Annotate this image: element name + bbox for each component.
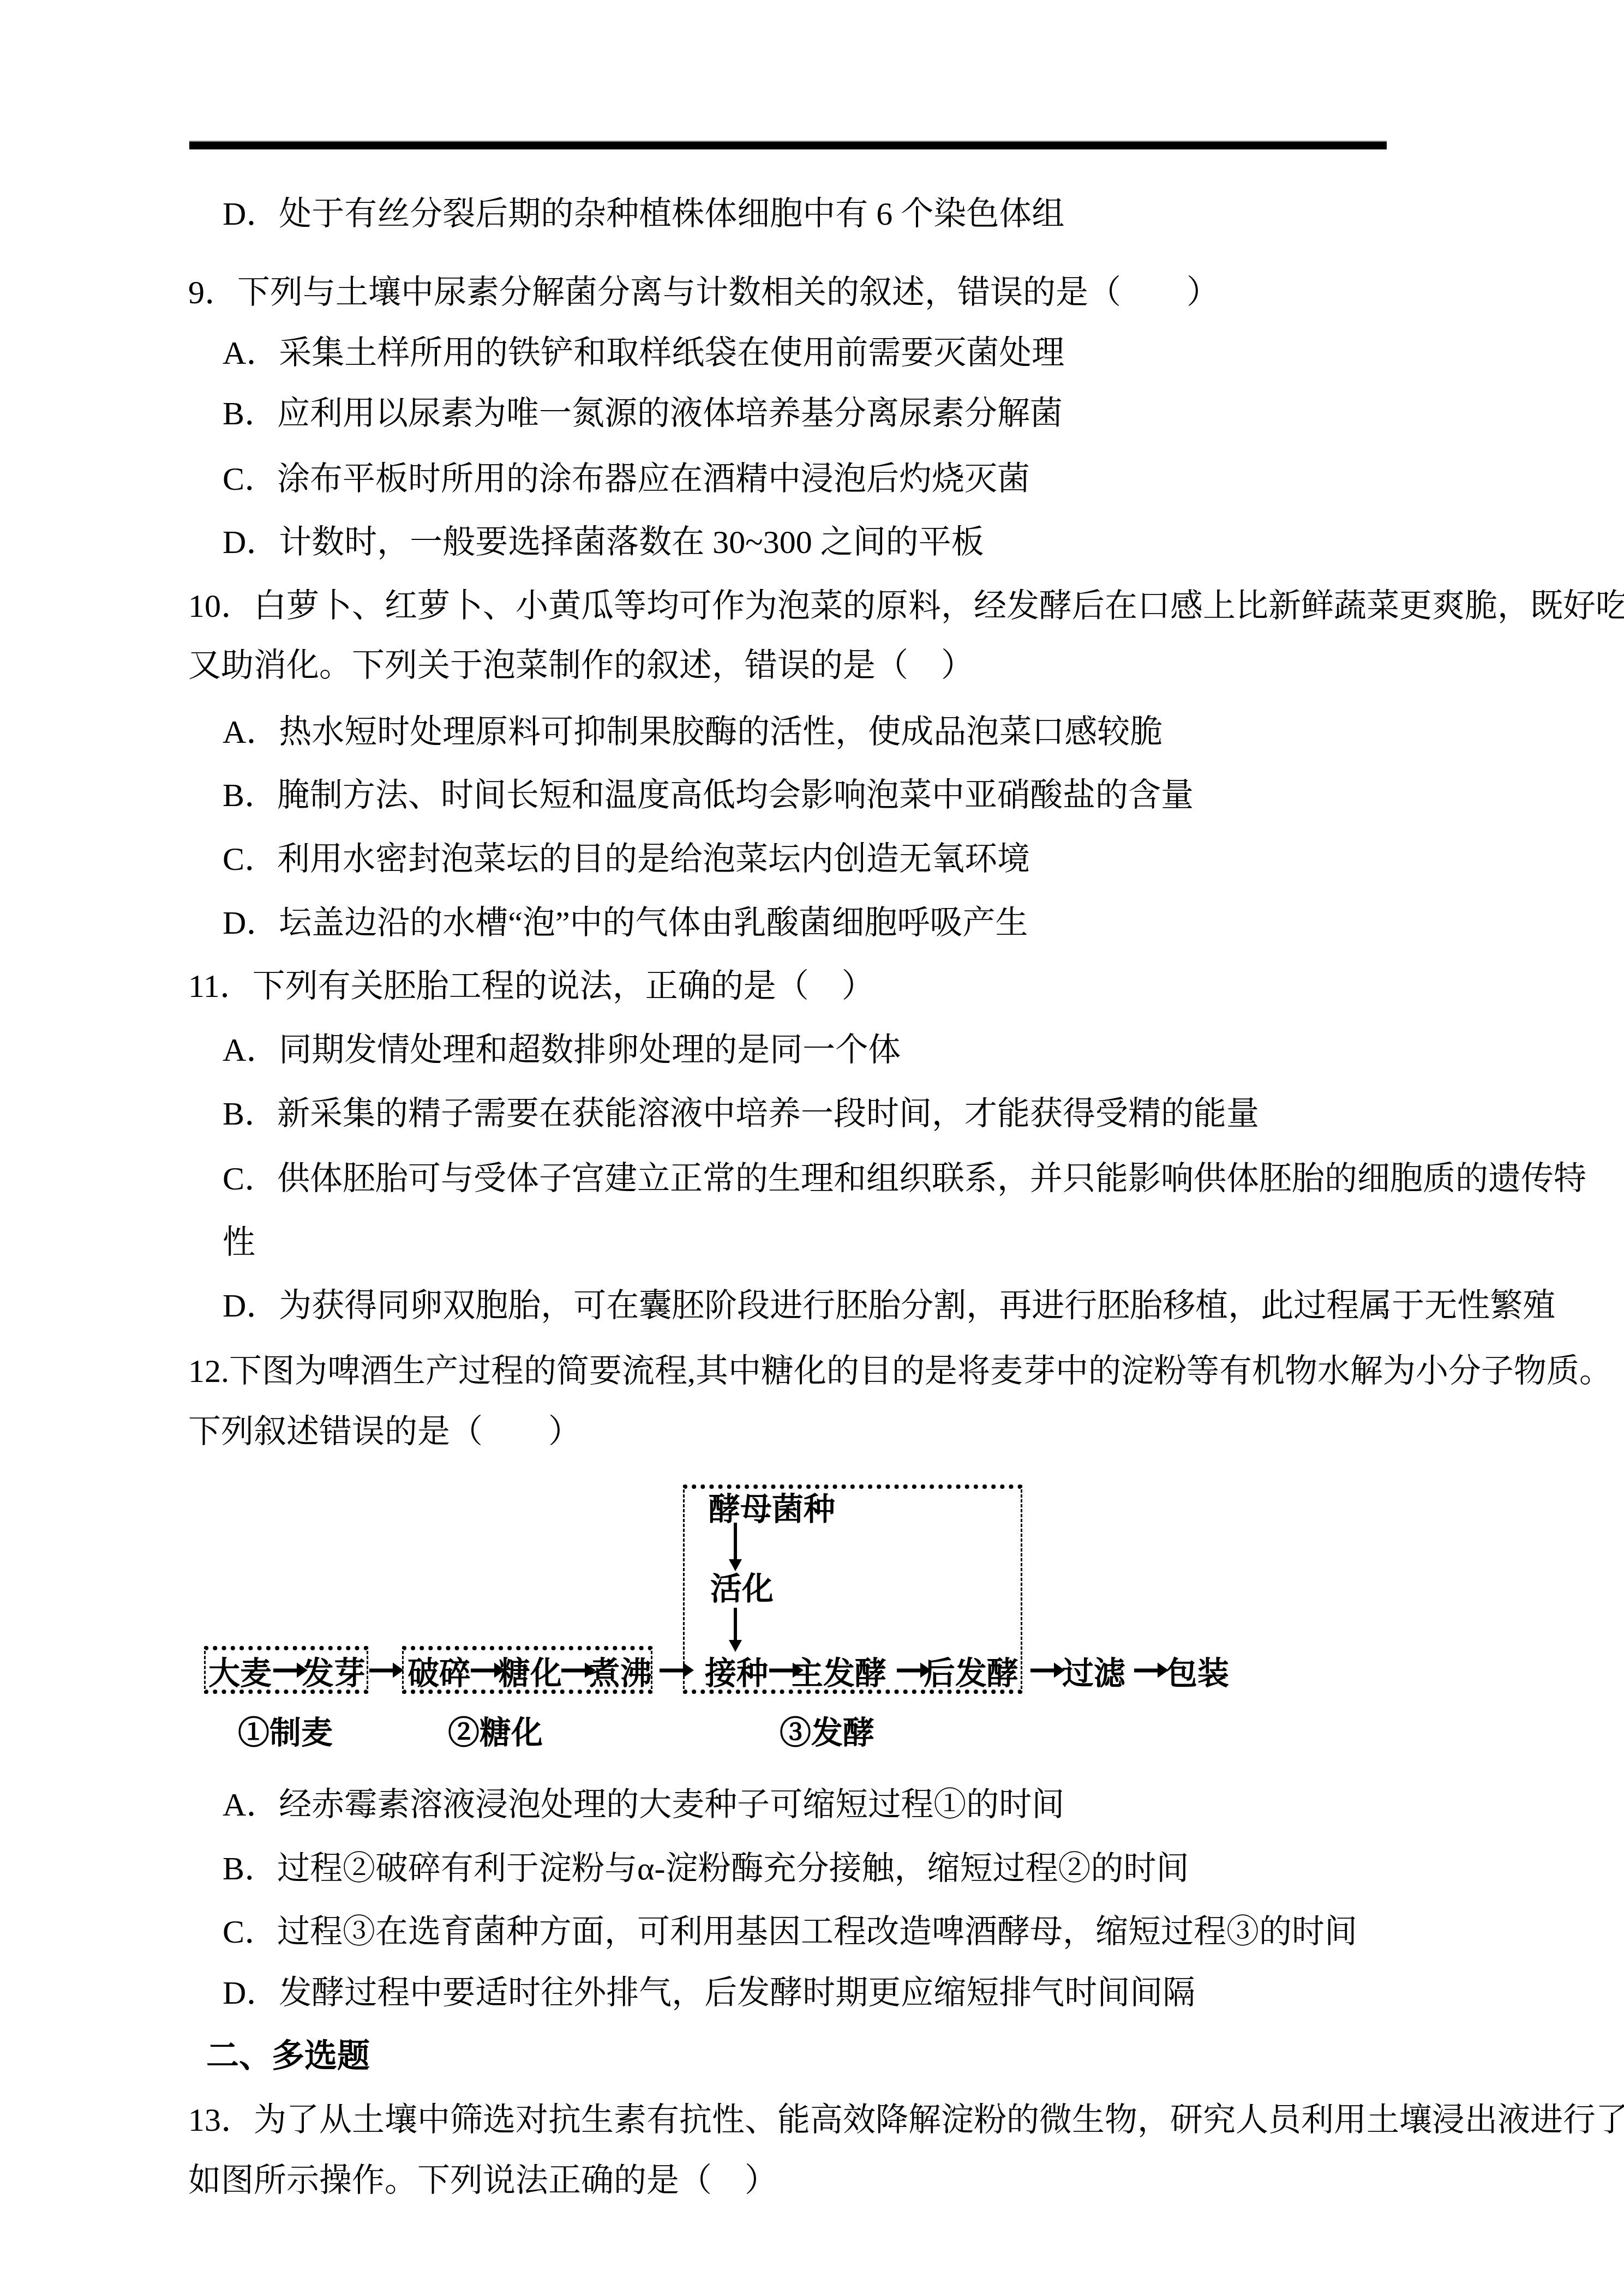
- flow-node-main-fermentation: 主发酵: [792, 1648, 886, 1693]
- section-2-header: 二、多选题: [206, 2037, 370, 2075]
- flow-node-germination: 发芽: [302, 1648, 365, 1693]
- arrow-down-icon: [734, 1608, 737, 1642]
- q9-option-d: D．计数时，一般要选择菌落数在 30~300 之间的平板: [223, 524, 984, 561]
- arrow-right-icon: [561, 1669, 586, 1673]
- q11-option-c-cont: 性: [223, 1224, 255, 1261]
- group-label-fermentation: ③发酵: [780, 1707, 874, 1753]
- q13-stem-line2: 如图所示操作。下列说法正确的是（ ）: [188, 2162, 777, 2199]
- q11-option-c: C．供体胚胎可与受体子宫建立正常的生理和组织联系，并只能影响供体胚胎的细胞质的遗…: [223, 1160, 1586, 1198]
- q10-stem-line2: 又助消化。下列关于泡菜制作的叙述，错误的是（ ）: [188, 647, 974, 684]
- arrow-right-icon: [369, 1669, 394, 1673]
- q12-stem-line2: 下列叙述错误的是（ ）: [188, 1413, 581, 1451]
- q12-option-b: B．过程②破碎有利于淀粉与α-淀粉酶充分接触，缩短过程②的时间: [223, 1850, 1189, 1888]
- header-divider-rule: [189, 141, 1387, 149]
- q10-stem-line1: 10．白萝卜、红萝卜、小黄瓜等均可作为泡菜的原料，经发酵后在口感上比新鲜蔬菜更爽…: [188, 587, 1624, 625]
- q10-option-b: B．腌制方法、时间长短和温度高低均会影响泡菜中亚硝酸盐的含量: [223, 777, 1194, 814]
- q10-option-c: C．利用水密封泡菜坛的目的是给泡菜坛内创造无氧环境: [223, 840, 1030, 878]
- flow-node-boiling: 煮沸: [589, 1648, 652, 1693]
- flow-node-inoculation: 接种: [705, 1648, 768, 1693]
- yeast-strain-node: 酵母菌种: [709, 1483, 835, 1529]
- flow-node-post-fermentation: 后发酵: [924, 1648, 1018, 1693]
- q12-option-d: D．发酵过程中要适时往外排气，后发酵时期更应缩短排气时间间隔: [223, 1974, 1195, 2012]
- q10-option-a: A．热水短时处理原料可抑制果胶酶的活性，使成品泡菜口感较脆: [223, 713, 1162, 751]
- arrow-down-icon: [734, 1523, 737, 1561]
- flow-node-packaging: 包装: [1166, 1648, 1229, 1693]
- q11-option-d: D．为获得同卵双胞胎，可在囊胚阶段进行胚胎分割，再进行胚胎移植，此过程属于无性繁…: [223, 1287, 1555, 1325]
- q10-option-d: D．坛盖边沿的水槽“泡”中的气体由乳酸菌细胞呼吸产生: [223, 904, 1028, 942]
- exam-page: D．处于有丝分裂后期的杂种植株体细胞中有 6 个染色体组 9．下列与土壤中尿素分…: [0, 0, 1624, 2296]
- q11-option-a: A．同期发情处理和超数排卵处理的是同一个体: [223, 1031, 901, 1069]
- flow-node-filtration: 过滤: [1062, 1648, 1125, 1693]
- flow-node-crushing: 破碎: [408, 1648, 471, 1693]
- q12-option-a: A．经赤霉素溶液浸泡处理的大麦种子可缩短过程①的时间: [223, 1786, 1064, 1824]
- q11-option-b: B．新采集的精子需要在获能溶液中培养一段时间，才能获得受精的能量: [223, 1095, 1259, 1133]
- q13-stem-line1: 13．为了从土壤中筛选对抗生素有抗性、能高效降解淀粉的微生物，研究人员利用土壤浸…: [188, 2101, 1624, 2139]
- arrow-right-icon: [273, 1669, 298, 1673]
- q9-option-a: A．采集土样所用的铁铲和取样纸袋在使用前需要灭菌处理: [223, 334, 1064, 372]
- beer-production-flowchart: 酵母菌种 活化 大麦 发芽 破碎 糖化 煮沸 接种 主发酵 后发酵 过滤 包装 …: [202, 1472, 1249, 1767]
- arrow-right-icon: [769, 1669, 794, 1673]
- arrow-right-icon: [471, 1669, 496, 1673]
- arrow-right-icon: [1134, 1669, 1159, 1673]
- arrow-right-icon: [897, 1669, 922, 1673]
- arrow-right-icon: [1030, 1669, 1056, 1673]
- group-label-saccharification: ②糖化: [448, 1707, 543, 1753]
- q9-option-b: B．应利用以尿素为唯一氮源的液体培养基分离尿素分解菌: [223, 395, 1063, 432]
- q9-stem: 9．下列与土壤中尿素分解菌分离与计数相关的叙述，错误的是（ ）: [188, 274, 1219, 311]
- q12-stem-line1: 12.下图为啤酒生产过程的简要流程,其中糖化的目的是将麦芽中的淀粉等有机物水解为…: [188, 1353, 1612, 1390]
- q11-stem: 11．下列有关胚胎工程的说法，正确的是（ ）: [188, 967, 874, 1005]
- activation-node: 活化: [710, 1563, 774, 1609]
- flow-node-barley: 大麦: [208, 1648, 272, 1693]
- q12-option-c: C．过程③在选育菌种方面，可利用基因工程改造啤酒酵母，缩短过程③的时间: [223, 1913, 1357, 1951]
- flow-node-saccharification: 糖化: [499, 1648, 562, 1693]
- q8-option-d: D．处于有丝分裂后期的杂种植株体细胞中有 6 个染色体组: [223, 195, 1064, 233]
- group-label-malting: ①制麦: [238, 1707, 333, 1753]
- q9-option-c: C．涂布平板时所用的涂布器应在酒精中浸泡后灼烧灭菌: [223, 460, 1030, 498]
- arrow-right-icon: [660, 1669, 685, 1673]
